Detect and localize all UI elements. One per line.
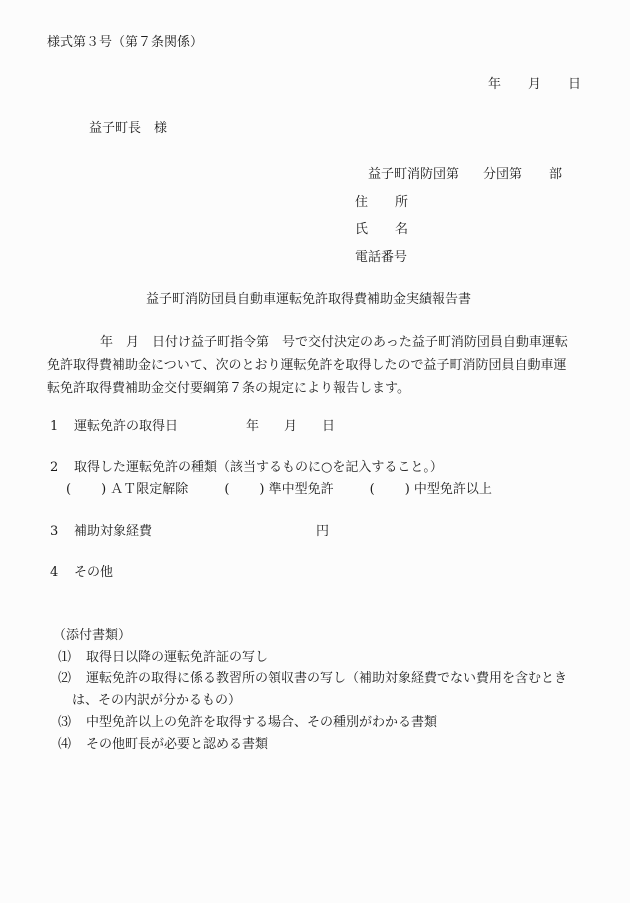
item-number: 1 [50,420,74,433]
body-month: 月 [126,335,139,350]
option-label: ＡＴ限定解除 [110,482,188,497]
body-line-2: 免許取得費補助金について、次のとおり運転免許を取得したので益子町消防団員自動車運 [47,354,583,377]
date-day-label: 日 [568,78,581,91]
item-label: その他 [74,565,113,580]
attachment-text: 中型免許以上の免許を取得する場合、その種別がわかる書類 [86,715,437,730]
form-number: 様式第３号（第７条関係） [47,36,203,49]
item-label: 運転免許の取得日 [74,419,178,434]
item-day: 日 [322,419,335,434]
paren-close: ) [405,482,410,497]
item-2-license-type: 2取得した運転免許の種類（該当するものに○を記入すること。） [50,461,443,474]
attachment-2: ⑵運転免許の取得に係る教習所の領収書の写し（補助対象経費でない費用を含むとき [58,672,567,685]
item-label: 取得した運転免許の種類（該当するものに○を記入すること。） [74,460,443,475]
yen-unit: 円 [316,524,329,539]
option-semi-medium[interactable]: () 準中型免許 [224,482,333,497]
item-4-other: 4その他 [50,566,113,579]
body-line-3: 転免許取得費補助金交付要綱第７条の規定により報告します。 [47,377,583,400]
option-label: 中型免許以上 [414,482,492,497]
item-number: 3 [50,525,74,538]
attachment-1: ⑴取得日以降の運転免許証の写し [58,651,268,664]
date-month-label: 月 [528,78,541,91]
attachment-2-continuation: は、その内訳が分かるもの） [72,694,241,707]
sender-name-row: 氏名 [355,223,408,236]
sender-organization: 益子町消防団第分団第部 [368,168,562,181]
option-label: 準中型免許 [269,482,334,497]
phone-label: 電話番号 [355,250,407,265]
sender-phone-row: 電話番号 [355,251,407,264]
paren-open: ( [370,482,375,497]
date-year-label: 年 [488,78,501,91]
paren-close: ) [259,482,264,497]
address-label-b: 所 [395,195,408,210]
attachments-heading: （添付書類） [53,629,131,642]
address-label-a: 住 [355,196,395,209]
attachment-marker: ⑷ [58,738,86,751]
addressee-name: 益子町長 [89,121,141,136]
body-day-text: 日付け益子町指令第 [152,335,269,350]
option-medium-or-above[interactable]: () 中型免許以上 [370,482,492,497]
option-at-limit-removal[interactable]: () ＡＴ限定解除 [66,482,188,497]
paren-close: ) [101,482,106,497]
sender-address-row: 住所 [355,196,408,209]
addressee: 益子町長様 [89,122,167,135]
license-options: () ＡＴ限定解除() 準中型免許() 中型免許以上 [66,483,492,496]
document-title: 益子町消防団員自動車運転免許取得費補助金実績報告書 [146,293,471,306]
name-label-a: 氏 [355,223,395,236]
sender-org-mid: 分団第 [483,167,522,182]
body-paragraph: 年月日付け益子町指令第号で交付決定のあった益子町消防団員自動車運転 免許取得費補… [47,331,583,400]
body-line-1: 年月日付け益子町指令第号で交付決定のあった益子町消防団員自動車運転 [47,331,583,354]
attachment-text: 取得日以降の運転免許証の写し [86,650,268,665]
body-line1-rest: 号で交付決定のあった益子町消防団員自動車運転 [282,335,568,350]
sender-org-prefix: 益子町消防団第 [368,167,459,182]
addressee-honorific: 様 [154,121,167,136]
item-3-eligible-expenses: 3補助対象経費円 [50,525,329,538]
body-year: 年 [100,335,113,350]
paren-open: ( [224,482,229,497]
item-year: 年 [246,419,259,434]
attachment-3: ⑶中型免許以上の免許を取得する場合、その種別がわかる書類 [58,716,437,729]
attachment-4: ⑷その他町長が必要と認める書類 [58,738,268,751]
attachment-marker: ⑶ [58,716,86,729]
item-month: 月 [284,419,297,434]
attachment-text: 運転免許の取得に係る教習所の領収書の写し（補助対象経費でない費用を含むとき [86,671,567,686]
paren-open: ( [66,482,71,497]
sender-org-suffix: 部 [549,167,562,182]
name-label-b: 名 [395,222,408,237]
item-number: 2 [50,461,74,474]
item-label: 補助対象経費 [74,524,152,539]
item-number: 4 [50,566,74,579]
item-1-acquisition-date: 1運転免許の取得日年月日 [50,420,335,433]
attachment-marker: ⑵ [58,672,86,685]
attachment-text: その他町長が必要と認める書類 [86,737,268,752]
date-line: 年月日 [488,78,581,91]
attachment-marker: ⑴ [58,651,86,664]
